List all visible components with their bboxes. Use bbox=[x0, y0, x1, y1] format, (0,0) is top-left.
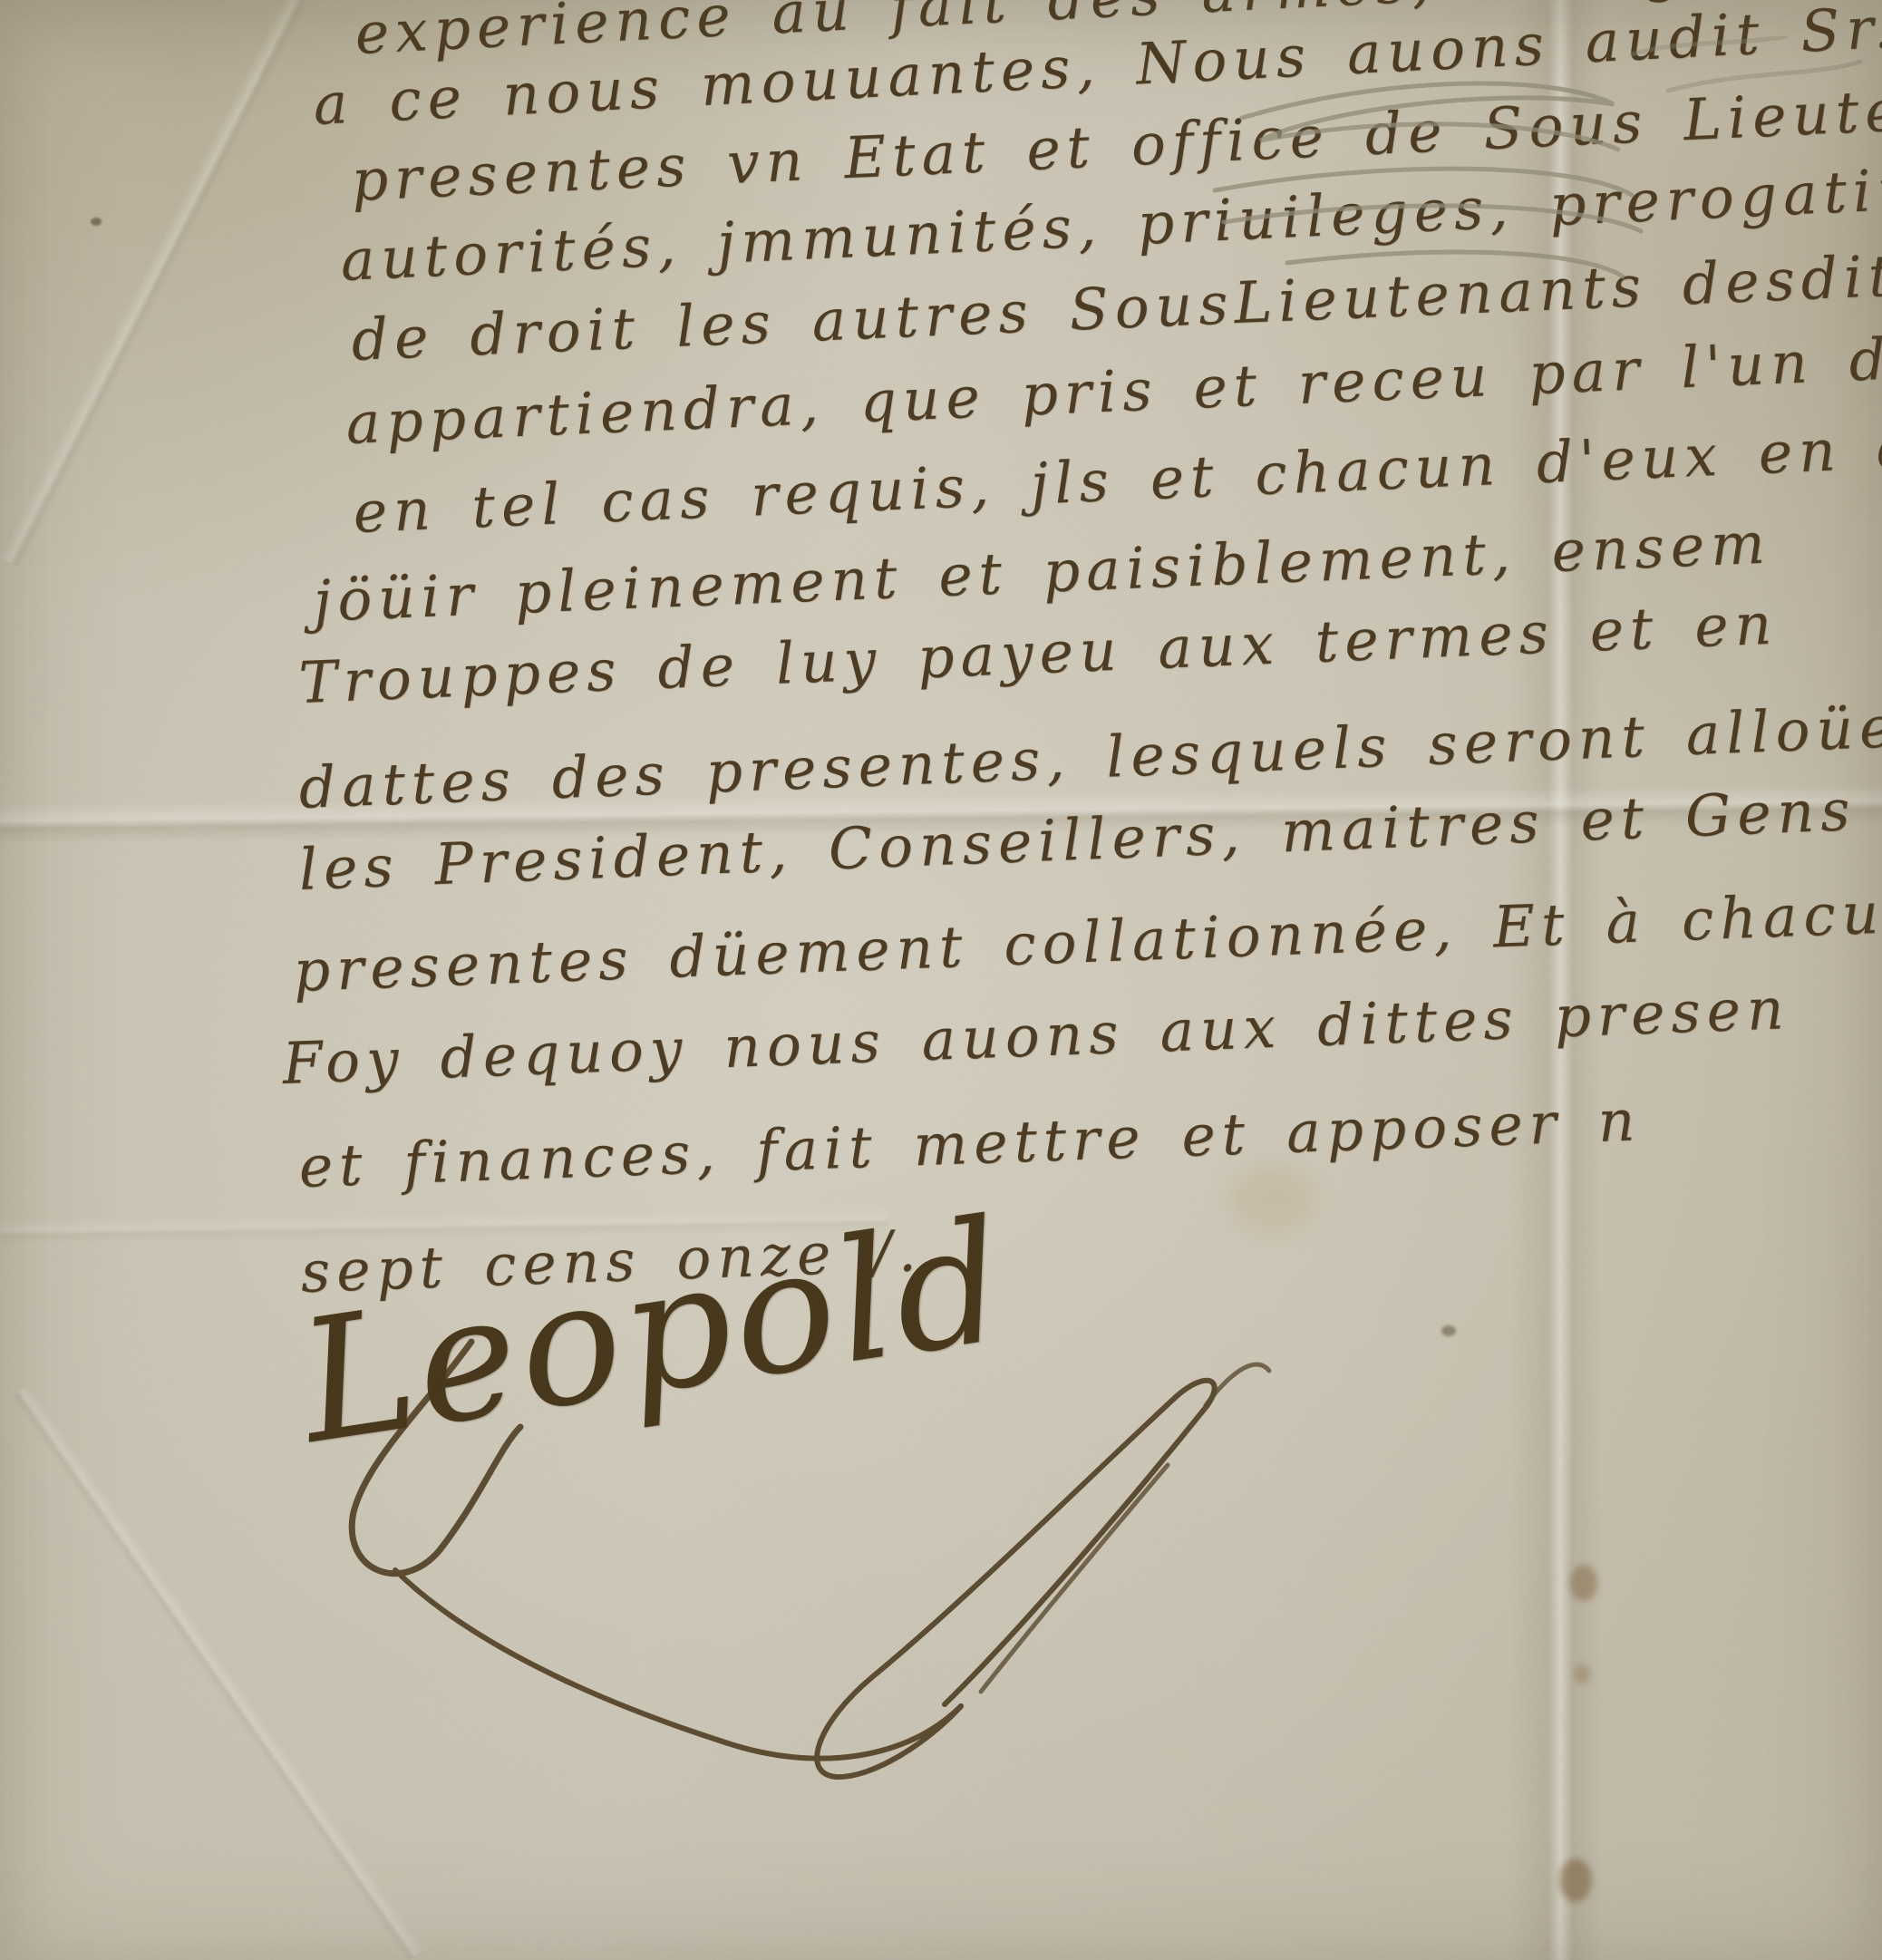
fold-stain bbox=[1559, 1858, 1592, 1902]
fold-stain bbox=[1570, 1565, 1597, 1601]
manuscript-photo: experience au fait des armes, sa vigilan… bbox=[0, 0, 1882, 1960]
small-mark bbox=[1441, 1325, 1456, 1336]
manuscript-line: Foy dequoy nous auons aux dittes presen bbox=[282, 980, 1791, 1092]
fold-stain bbox=[1574, 1664, 1590, 1684]
ink-speck bbox=[91, 218, 102, 226]
discoloration-stain bbox=[1229, 1166, 1316, 1233]
diagonal-crease-top-left bbox=[0, 0, 308, 568]
manuscript-line: et finances, fait mettre et apposer n bbox=[298, 1092, 1643, 1196]
